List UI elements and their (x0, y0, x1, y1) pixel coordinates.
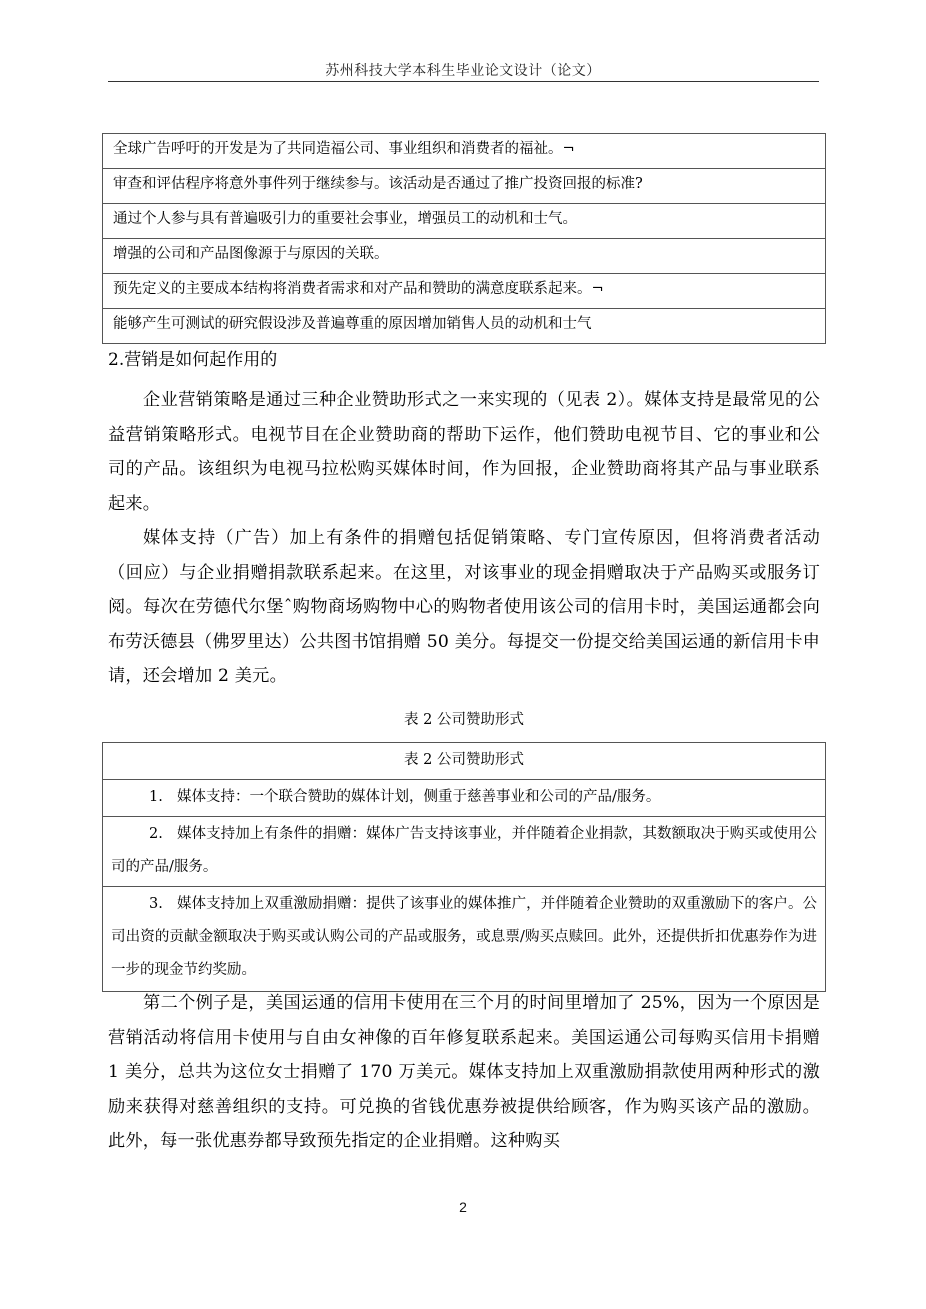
table-row: 3.媒体支持加上双重激励捐赠：提供了该事业的媒体推广，并伴随着企业赞助的双重激励… (103, 887, 826, 992)
paragraph: 媒体支持（广告）加上有条件的捐赠包括促销策略、专门宣传原因，但将消费者活动（回应… (108, 521, 820, 694)
item-number: 2. (149, 818, 177, 851)
table-cell: 能够产生可测试的研究假设涉及普遍尊重的原因增加销售人员的动机和士气 (103, 309, 826, 344)
item-text: 媒体支持：一个联合赞助的媒体计划，侧重于慈善事业和公司的产品/服务。 (177, 789, 660, 805)
table-cell: 3.媒体支持加上双重激励捐赠：提供了该事业的媒体推广，并伴随着企业赞助的双重激励… (103, 887, 826, 992)
item-text: 媒体支持加上有条件的捐赠：媒体广告支持该事业，并伴随着企业捐款，其数额取决于购买… (111, 826, 817, 875)
table-cell: 1.媒体支持：一个联合赞助的媒体计划，侧重于慈善事业和公司的产品/服务。 (103, 780, 826, 817)
item-text: 媒体支持加上双重激励捐赠：提供了该事业的媒体推广，并伴随着企业赞助的双重激励下的… (111, 896, 817, 978)
table-cell: 预先定义的主要成本结构将消费者需求和对产品和赞助的满意度联系起来。¬ (103, 274, 826, 309)
table-cell: 审查和评估程序将意外事件列于继续参与。该活动是否通过了推广投资回报的标准? (103, 169, 826, 204)
page-number: 2 (0, 1199, 926, 1215)
table-cell: 通过个人参与具有普遍吸引力的重要社会事业，增强员工的动机和士气。 (103, 204, 826, 239)
paragraph: 企业营销策略是通过三种企业赞助形式之一来实现的（见表 2）。媒体支持是最常见的公… (108, 383, 820, 521)
paragraph: 第二个例子是，美国运通的信用卡使用在三个月的时间里增加了 25%，因为一个原因是… (108, 986, 820, 1159)
item-number: 3. (149, 888, 177, 921)
table-cell: 全球广告呼吁的开发是为了共同造福公司、事业组织和消费者的福祉。¬ (103, 134, 826, 169)
header-rule (108, 81, 819, 82)
table-cell: 增强的公司和产品图像源于与原因的关联。 (103, 239, 826, 274)
table-row: 审查和评估程序将意外事件列于继续参与。该活动是否通过了推广投资回报的标准? (103, 169, 826, 204)
table-cell: 2.媒体支持加上有条件的捐赠：媒体广告支持该事业，并伴随着企业捐款，其数额取决于… (103, 817, 826, 887)
table-row: 预先定义的主要成本结构将消费者需求和对产品和赞助的满意度联系起来。¬ (103, 274, 826, 309)
page-header: 苏州科技大学本科生毕业论文设计（论文） (108, 60, 818, 80)
table-row: 通过个人参与具有普遍吸引力的重要社会事业，增强员工的动机和士气。 (103, 204, 826, 239)
table-caption: 表 2 公司赞助形式 (102, 708, 826, 729)
table-row: 2.媒体支持加上有条件的捐赠：媒体广告支持该事业，并伴随着企业捐款，其数额取决于… (103, 817, 826, 887)
table-benefits: 全球广告呼吁的开发是为了共同造福公司、事业组织和消费者的福祉。¬ 审查和评估程序… (102, 133, 826, 344)
table-row: 能够产生可测试的研究假设涉及普遍尊重的原因增加销售人员的动机和士气 (103, 309, 826, 344)
table-header-cell: 表 2 公司赞助形式 (103, 743, 826, 780)
table-row: 增强的公司和产品图像源于与原因的关联。 (103, 239, 826, 274)
table-row: 1.媒体支持：一个联合赞助的媒体计划，侧重于慈善事业和公司的产品/服务。 (103, 780, 826, 817)
section-heading: 2.营销是如何起作用的 (108, 347, 277, 373)
table-header-row: 表 2 公司赞助形式 (103, 743, 826, 780)
item-number: 1. (149, 781, 177, 814)
table-sponsorship-forms: 表 2 公司赞助形式 1.媒体支持：一个联合赞助的媒体计划，侧重于慈善事业和公司… (102, 742, 826, 992)
table-row: 全球广告呼吁的开发是为了共同造福公司、事业组织和消费者的福祉。¬ (103, 134, 826, 169)
